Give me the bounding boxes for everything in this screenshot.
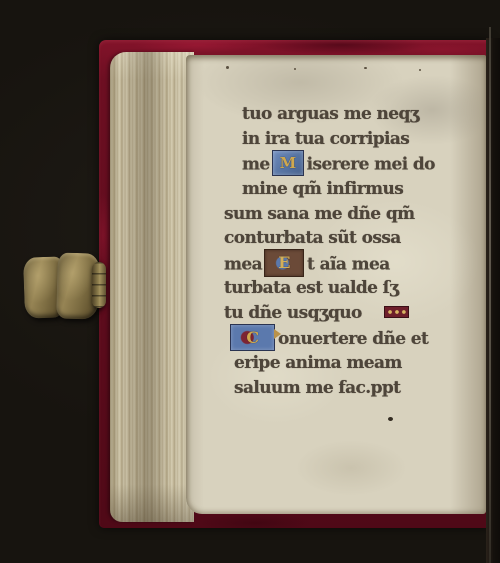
line-text: mea [224,255,262,275]
line-text: mine qm̃ infirmus [242,179,403,199]
line-text: conturbata sũt ossa [224,228,401,248]
text-line: tuo arguas me neqʒ [242,102,454,127]
manuscript-photo: tuo arguas me neqʒ in ira tua corripias … [0,0,500,563]
text-line: mine qm̃ infirmus [242,177,454,202]
fanned-page-edges [110,52,194,522]
line-text: onuertere dñe et [278,329,428,349]
line-text: saluum me fac.ppt [234,378,400,398]
text-line: conturbata sũt ossa [224,226,454,251]
ink-spot [388,417,393,421]
line-text: tuo arguas me neqʒ [242,104,419,124]
text-line: meaEt aĩa mea [224,251,454,276]
line-text: tu dñe usqʒquo [224,303,362,323]
line-text: iserere mei do [307,154,435,174]
brass-clasp-hinge [92,262,106,308]
line-text: turbata est ualde ſʒ [224,278,398,298]
text-line: sum sana me dñe qm̃ [224,202,454,227]
line-filler-ornament [384,306,409,318]
text-line: saluum me fac.ppt [234,376,454,401]
ink-speck [419,69,421,71]
illuminated-initial-e: E [264,249,304,277]
line-text: sum sana me dñe qm̃ [224,204,415,224]
text-line: meMiserere mei do [242,152,454,177]
text-line: Conuertere dñe et [228,326,454,351]
line-text: eripe anima meam [234,353,402,373]
text-line: turbata est ualde ſʒ [224,276,454,301]
illuminated-initial-c: C [230,324,275,351]
ink-speck [294,68,296,70]
illuminated-initial-m: M [272,150,304,176]
line-text: in ira tua corripias [242,129,409,149]
line-text: me [242,154,270,174]
ink-speck [226,66,229,69]
ink-speck [364,67,367,69]
cover-edge-highlight [489,27,491,563]
text-line: in ira tua corripias [242,127,454,152]
line-text: t aĩa mea [307,255,390,275]
text-block: tuo arguas me neqʒ in ira tua corripias … [224,102,454,401]
text-line: eripe anima meam [234,351,454,376]
text-line: tu dñe usqʒquo [224,301,454,326]
